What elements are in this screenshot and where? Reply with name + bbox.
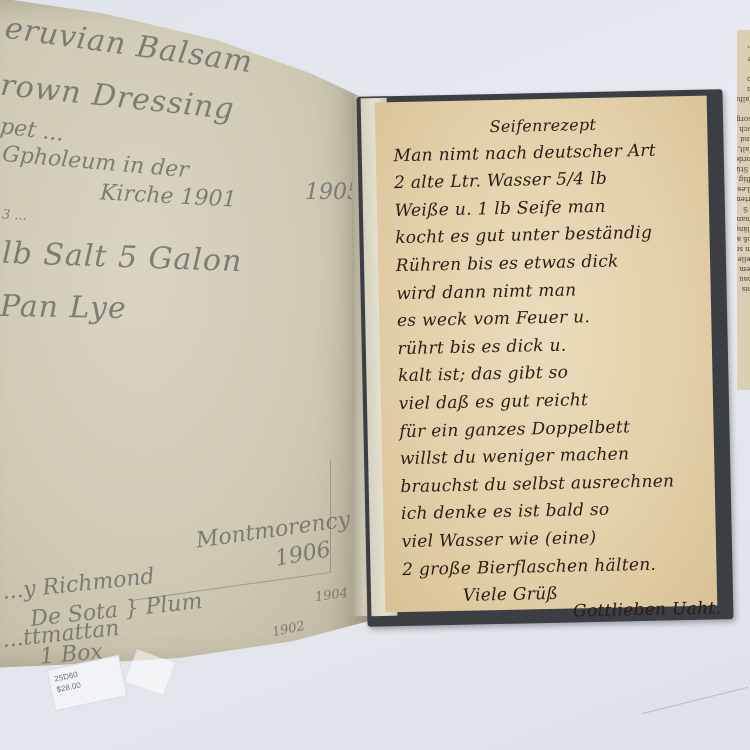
photo-scene: eruvian Balsam rown Dressing pet ... Gph… — [0, 0, 750, 750]
clipping-text: n, bis e. bau einem juvelle Man sa Groß … — [739, 34, 750, 294]
surface-crack — [641, 687, 748, 717]
recipe-text: Seifenrezept Man nimt nach deutscher Art… — [393, 109, 704, 629]
newspaper-clipping: n, bis e. bau einem juvelle Man sa Groß … — [737, 30, 750, 390]
pencil-line: Pan Lye — [0, 289, 127, 326]
pencil-line: 3 ... — [2, 207, 28, 223]
